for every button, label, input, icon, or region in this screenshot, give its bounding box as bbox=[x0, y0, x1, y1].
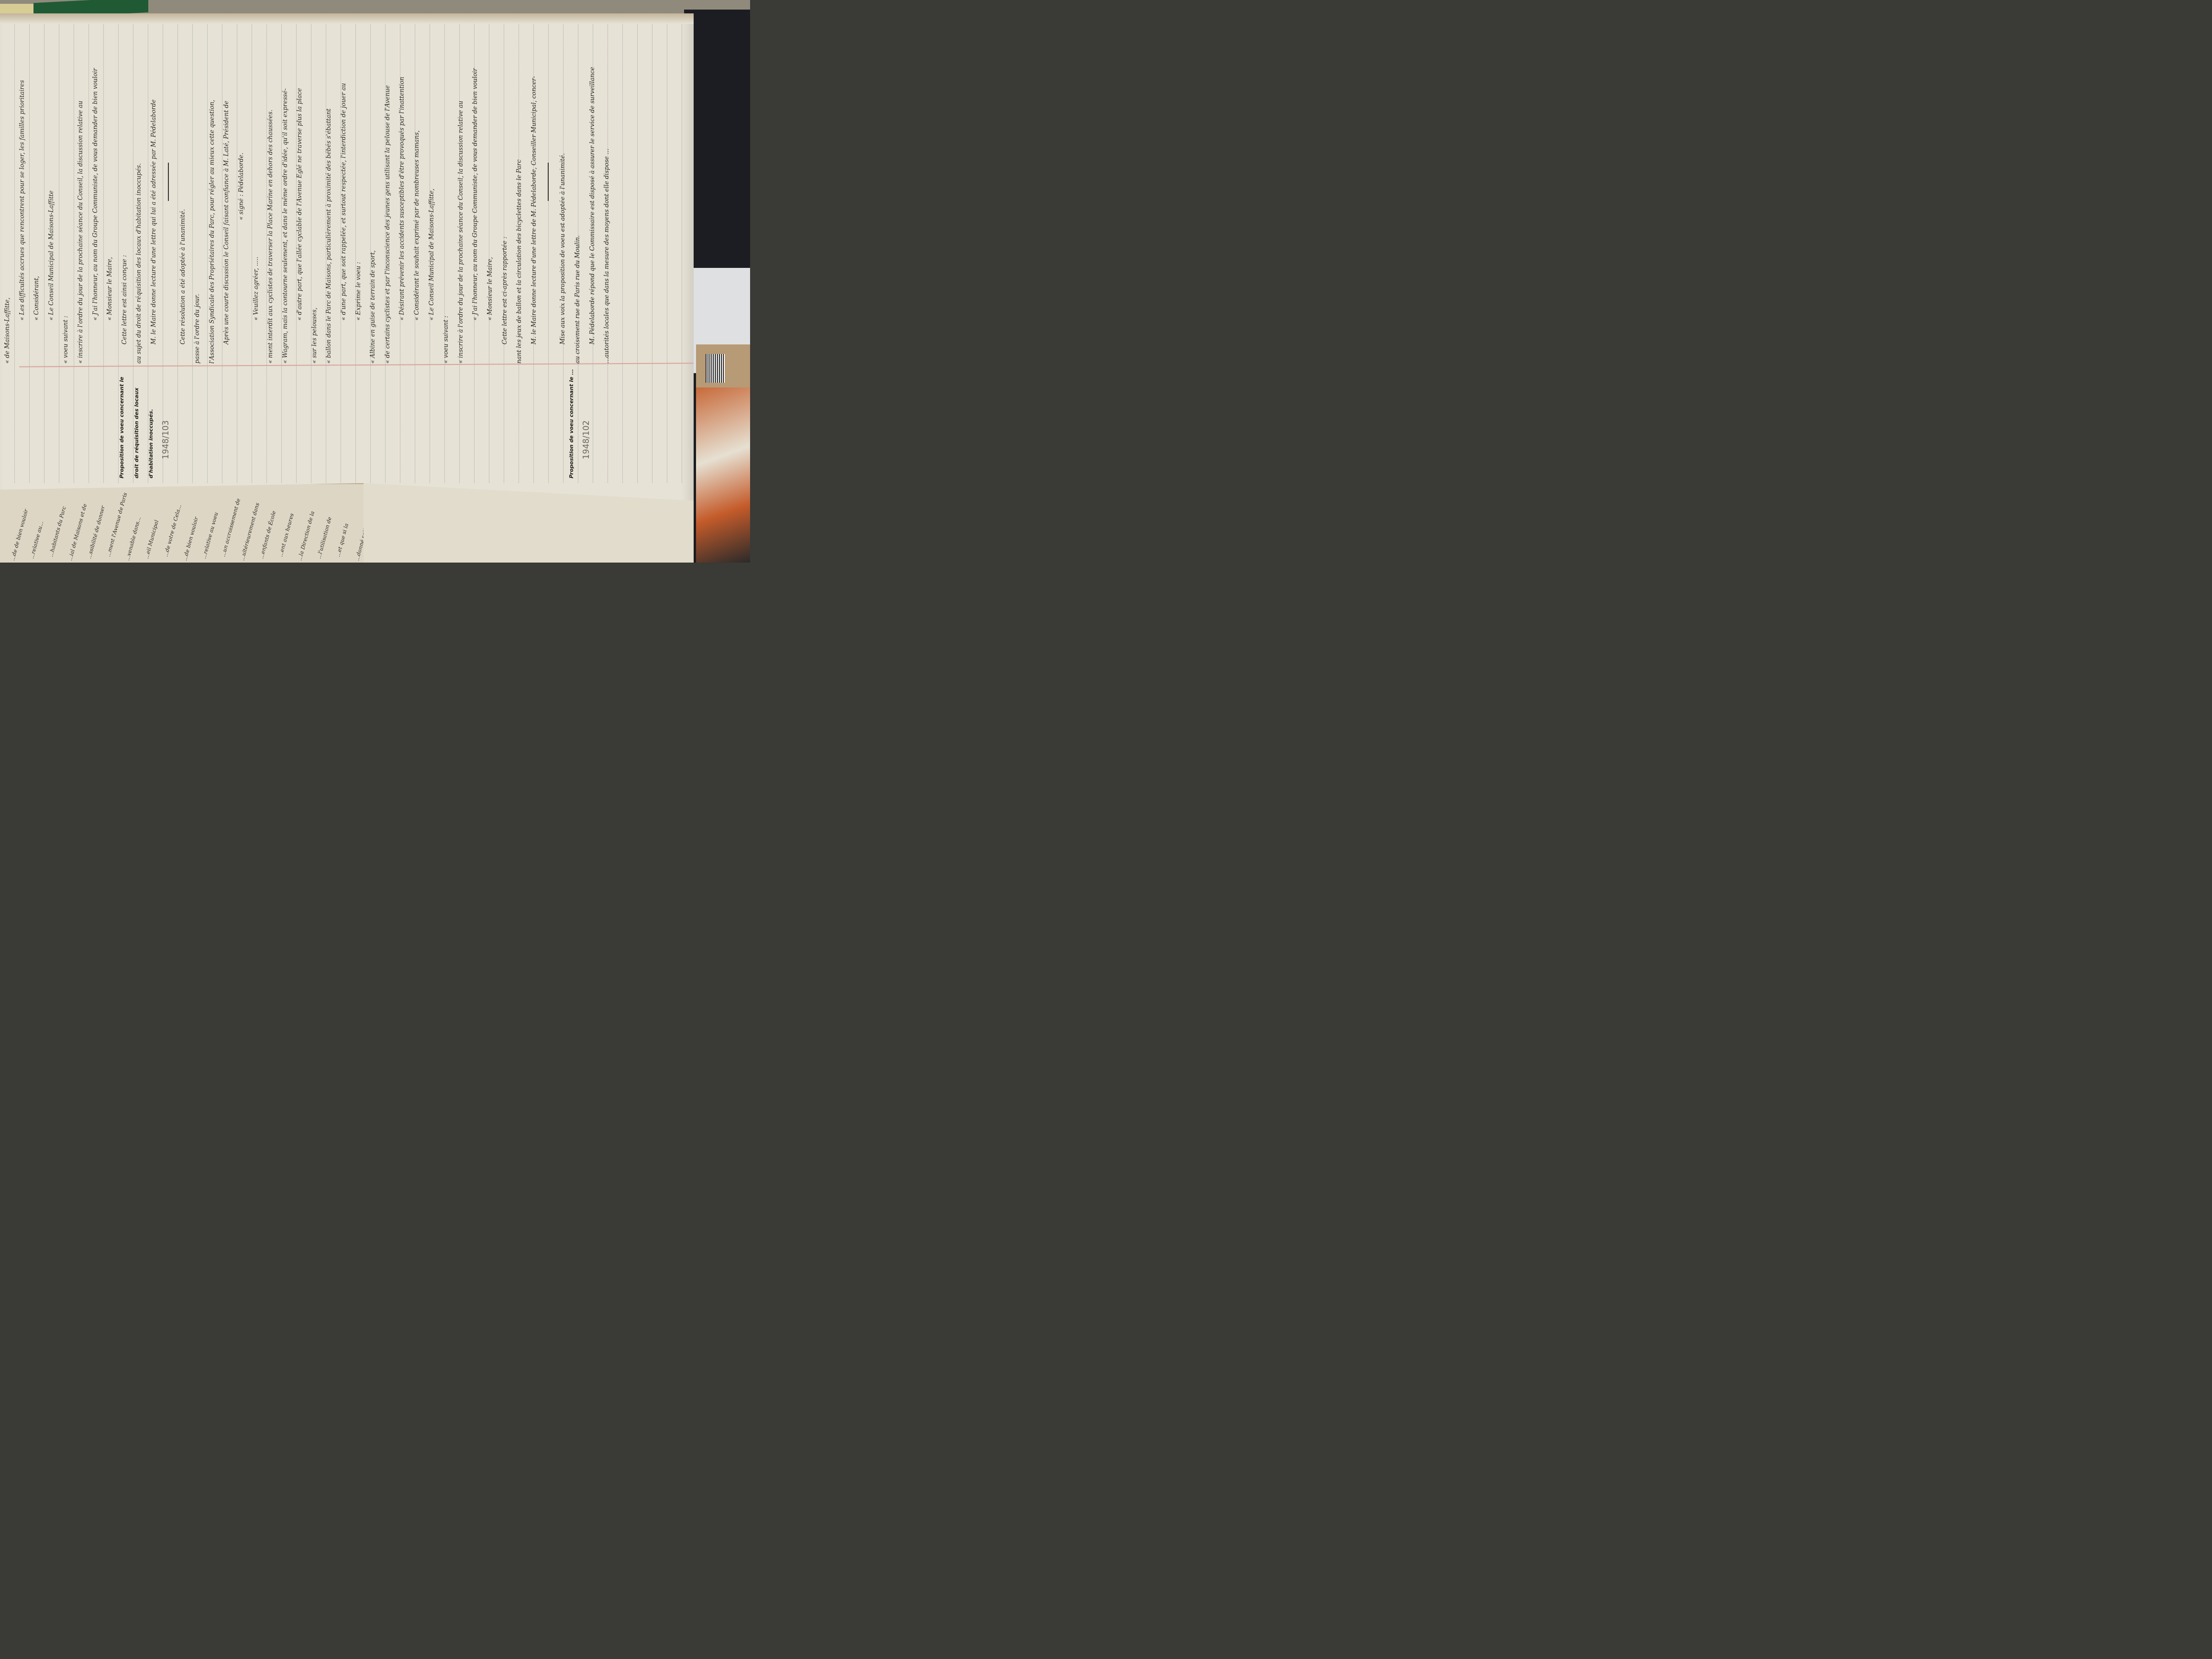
facing-page-fragment: ...relative au voeu bbox=[201, 511, 219, 559]
rotated-content: Proposition de voeu concernant le ... 19… bbox=[0, 0, 694, 483]
facing-page-fragment: ...ent aux heures bbox=[277, 513, 295, 558]
facing-page-fragment: ...eil Municipal bbox=[144, 520, 160, 560]
body-line: M. le Maire donne lecture d'une lettre q… bbox=[146, 0, 161, 364]
facing-page-fragment: ...de votre de Cela... bbox=[163, 504, 183, 557]
facing-page-fragment: ...habitants du Parc bbox=[48, 506, 67, 557]
body-line: « Exprime le voeu : bbox=[351, 0, 366, 364]
body-line: Cette lettre est ainsi conçue : bbox=[117, 0, 132, 364]
body-line: M. le Maire donne lecture d'une lettre d… bbox=[527, 0, 542, 364]
facing-page-fragment: ...ssibilité de donner bbox=[86, 505, 106, 559]
body-line: « d'autre part, que l'allée cyclable de … bbox=[292, 0, 307, 364]
margin-entry-title-line: d'habitation inoccupés. bbox=[144, 364, 159, 478]
body-line: « J'ai l'honneur, au nom du Groupe Commu… bbox=[88, 0, 103, 364]
background-fabric bbox=[696, 387, 750, 563]
body-line: Après une courte discussion le Conseil f… bbox=[219, 0, 234, 364]
body-line: « de Maisons-Laffitte, bbox=[0, 0, 15, 364]
facing-page-fragment: ...ial de Maisons et de bbox=[67, 503, 88, 562]
body-line: « ment interdit aux cyclistes de travers… bbox=[263, 0, 278, 364]
body-line: « inscrire à l'ordre du jour de la proch… bbox=[453, 0, 468, 364]
margin-entry-2: Proposition de voeu concernant le droit … bbox=[115, 364, 173, 478]
facing-page-fragment: ...donné satisfaction bbox=[354, 508, 364, 561]
barcode-label bbox=[706, 354, 725, 383]
facing-page-fragment: ...un accroissement de bbox=[220, 498, 242, 558]
body-line: passe à l'ordre du jour. bbox=[190, 0, 205, 364]
body-line: « Les difficultés accrues que rencontren… bbox=[15, 0, 30, 364]
body-line: « signé : Pédelaborde. bbox=[234, 0, 249, 364]
body-line: « Veuillez agréer, ..... bbox=[249, 0, 264, 364]
facing-page-fragment: ...ment l'Avenue de Paris bbox=[105, 492, 128, 557]
facing-page-fragment: ...et que si la bbox=[335, 523, 350, 558]
facing-page-fragment: ...relative au... bbox=[29, 520, 44, 559]
body-line: au sujet du droit de réquisition des loc… bbox=[132, 0, 146, 364]
facing-page-text: ...de de bien vouloir...relative au.....… bbox=[0, 483, 364, 563]
body-line: l'Association Syndicale des Propriétaire… bbox=[205, 0, 220, 364]
facing-page-fragment: ...la Direction de la bbox=[297, 510, 316, 561]
body-line: « Wagram, mais la contourne seulement, e… bbox=[278, 0, 293, 364]
body-line: « ballon dans le Parc de Maisons, partic… bbox=[321, 0, 336, 364]
body-line: « Albine en guise de terrain de sport, bbox=[365, 0, 380, 364]
body-line: « Monsieur le Maire, bbox=[102, 0, 117, 364]
body-line: « Considérant le souhait exprimé par de … bbox=[409, 0, 424, 364]
body-line: « voeu suivant : bbox=[58, 0, 73, 364]
register-body: ...autorités locales que dans la mesure … bbox=[0, 0, 689, 364]
body-line: « Monsieur le Maire, bbox=[483, 0, 498, 364]
reference-number: 1948/102 bbox=[579, 364, 594, 478]
body-line: Cette lettre est ci-après rapportée : bbox=[498, 0, 512, 364]
body-line: Mise aux voix la proposition de voeu est… bbox=[555, 0, 570, 364]
body-line: « voeu suivant : bbox=[439, 0, 453, 364]
body-line: « Désirant prévenir les accidents suscep… bbox=[395, 0, 409, 364]
body-line: « de certains cyclistes et par l'inconsc… bbox=[380, 0, 395, 364]
body-line: « d'une part, que soit rappelée, et surt… bbox=[336, 0, 351, 364]
body-line: au croisement rue de Paris rue du Moulin… bbox=[570, 0, 585, 364]
body-line: « Considérant, bbox=[29, 0, 44, 364]
facing-page-fragment: ...enfants de École bbox=[258, 510, 277, 559]
reference-number: 1948/103 bbox=[159, 364, 174, 478]
margin-entry-1: Proposition de voeu concernant le ... 19… bbox=[564, 364, 594, 478]
section-divider bbox=[168, 163, 169, 201]
body-line: « sur les pelouses, bbox=[307, 0, 322, 364]
body-line: « Le Conseil Municipal de Maisons-Laffit… bbox=[424, 0, 439, 364]
body-line: ...autorités locales que dans la mesure … bbox=[599, 0, 614, 364]
body-line: « Le Conseil Municipal de Maisons-Laffit… bbox=[44, 0, 59, 364]
body-line: Cette résolution a été adoptée à l'unani… bbox=[176, 0, 190, 364]
facing-page-fragment: ...de de bien vouloir bbox=[10, 509, 29, 562]
section-divider bbox=[548, 163, 549, 201]
facing-page-fragment: ...ultérieurement dans bbox=[239, 502, 261, 562]
margin-entry-title-line: Proposition de voeu concernant le bbox=[115, 364, 130, 478]
margin-entry-title-line: droit de réquisition des locaux bbox=[130, 364, 144, 478]
facing-page-fragment: ...l'utilisation de bbox=[316, 516, 333, 559]
margin-entry-title: Proposition de voeu concernant le ... bbox=[564, 364, 579, 478]
body-line: M. Pédelaborde répond que le Commissaire… bbox=[585, 0, 600, 364]
body-line: nant les jeux de ballon et la circulatio… bbox=[512, 0, 527, 364]
body-line: « inscrire à l'ordre du jour de la proch… bbox=[73, 0, 88, 364]
facing-page-fragment: ...venable dans... bbox=[124, 516, 142, 561]
facing-page-fragment: ...de bien vouloir bbox=[182, 516, 199, 561]
body-line: « J'ai l'honneur, au nom du Groupe Commu… bbox=[468, 0, 483, 364]
